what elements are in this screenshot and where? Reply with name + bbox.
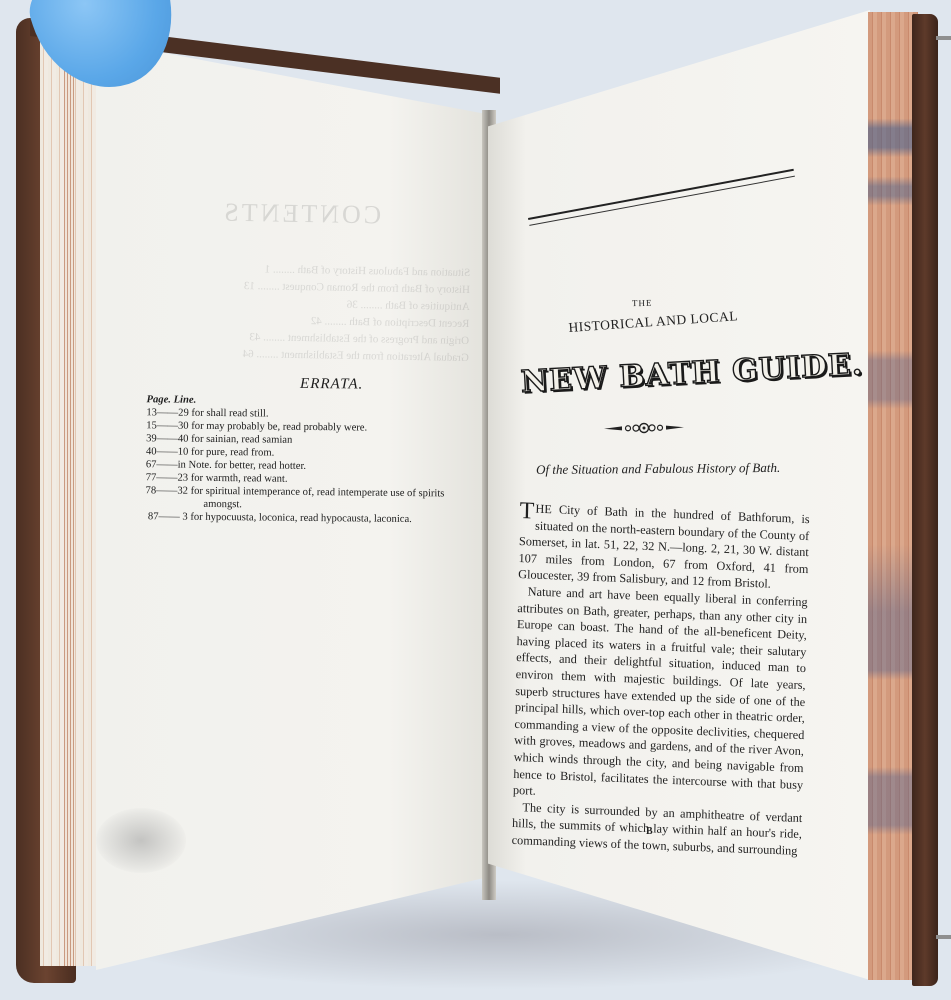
paragraph-text: HE City of Bath in the hundred of Bathfo… <box>518 502 810 591</box>
errata-page: 67 <box>146 459 157 470</box>
left-page-block-edge <box>40 36 98 966</box>
errata-text: for may probably be, read probably were. <box>191 421 367 434</box>
errata-title: ERRATA. <box>147 376 477 392</box>
errata-text: for better, read hotter. <box>214 460 306 472</box>
drop-cap: T <box>520 502 535 521</box>
errata-text: for sainian, read samian <box>191 434 292 446</box>
decorative-ornament-icon <box>602 420 686 435</box>
book-photo: CONTENTS Situation and Fabulous History … <box>0 0 951 1000</box>
bleed-through-contents: CONTENTS Situation and Fabulous History … <box>129 202 472 367</box>
errata-page: 39 <box>146 433 157 444</box>
signature-mark: B <box>646 826 653 837</box>
errata-section: ERRATA. Page. Line. 13——29 for shall rea… <box>145 376 477 526</box>
errata-line: 29 <box>178 408 189 419</box>
errata-line: 23 <box>177 473 188 484</box>
page-stain <box>96 808 186 873</box>
errata-text: for pure, read from. <box>191 447 274 459</box>
errata-text: for warmth, read want. <box>191 473 288 485</box>
marbled-page-edge <box>868 12 918 980</box>
errata-line: 30 <box>178 421 189 432</box>
right-leather-cover <box>912 14 938 986</box>
errata-page: 40 <box>146 446 157 457</box>
errata-line: 32 <box>177 486 188 497</box>
errata-page: 78 <box>146 485 157 496</box>
section-heading: Of the Situation and Fabulous History of… <box>536 460 780 478</box>
errata-text: for shall read still. <box>191 408 268 420</box>
errata-line: 40 <box>178 434 189 445</box>
errata-text: for hypocuusta, loconica, read hypocaust… <box>190 512 412 525</box>
title-article: THE <box>632 298 653 308</box>
errata-line: in Note. <box>178 460 212 471</box>
errata-page: 87 <box>148 511 159 522</box>
book-clip <box>936 36 951 40</box>
errata-page: 13 <box>146 407 157 418</box>
errata-text: amongst. <box>145 498 242 510</box>
body-text: THE City of Bath in the hundred of Bathf… <box>511 500 809 859</box>
paragraph: THE City of Bath in the hundred of Bathf… <box>518 500 810 594</box>
book-clip <box>936 935 951 939</box>
paragraph: Nature and art have been equally liberal… <box>513 583 808 810</box>
errata-line: 3 <box>182 512 187 523</box>
errata-page: 15 <box>146 420 157 431</box>
errata-line: 10 <box>178 447 189 458</box>
errata-page: 77 <box>146 472 157 483</box>
